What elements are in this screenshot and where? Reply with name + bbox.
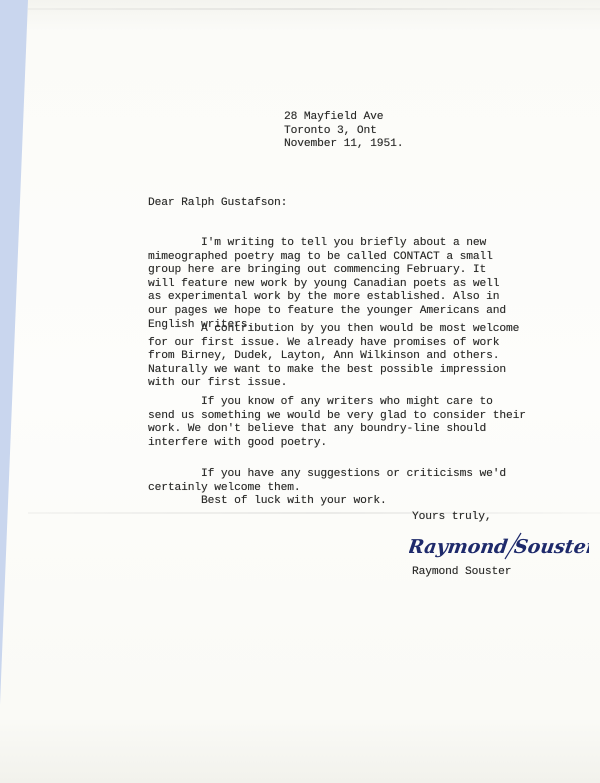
address-street: 28 Mayfield Ave: [284, 111, 383, 123]
paragraph: Best of luck with your work.: [148, 495, 387, 509]
sender-address: 28 Mayfield Ave Toronto 3, Ont November …: [284, 111, 403, 152]
paragraph: A contribution by you then would be most…: [148, 323, 519, 391]
address-city: Toronto 3, Ont: [284, 125, 377, 137]
handwritten-signature: Raymond Souster: [409, 527, 589, 563]
letter-date: November 11, 1951.: [284, 138, 403, 150]
scanned-letter: 28 Mayfield Ave Toronto 3, Ont November …: [0, 0, 600, 783]
closing: Yours truly,: [412, 511, 492, 525]
printed-name: Raymond Souster: [412, 566, 511, 580]
salutation: Dear Ralph Gustafson:: [148, 197, 287, 211]
paper-sheet: 28 Mayfield Ave Toronto 3, Ont November …: [0, 0, 600, 783]
paragraph: I'm writing to tell you briefly about a …: [148, 237, 506, 332]
paper-fold-line: [28, 512, 600, 514]
paper-fold-line: [28, 8, 600, 10]
paragraph: If you have any suggestions or criticism…: [148, 468, 506, 495]
signature-text: Raymond Souster: [409, 535, 589, 558]
paragraph: If you know of any writers who might car…: [148, 396, 526, 450]
